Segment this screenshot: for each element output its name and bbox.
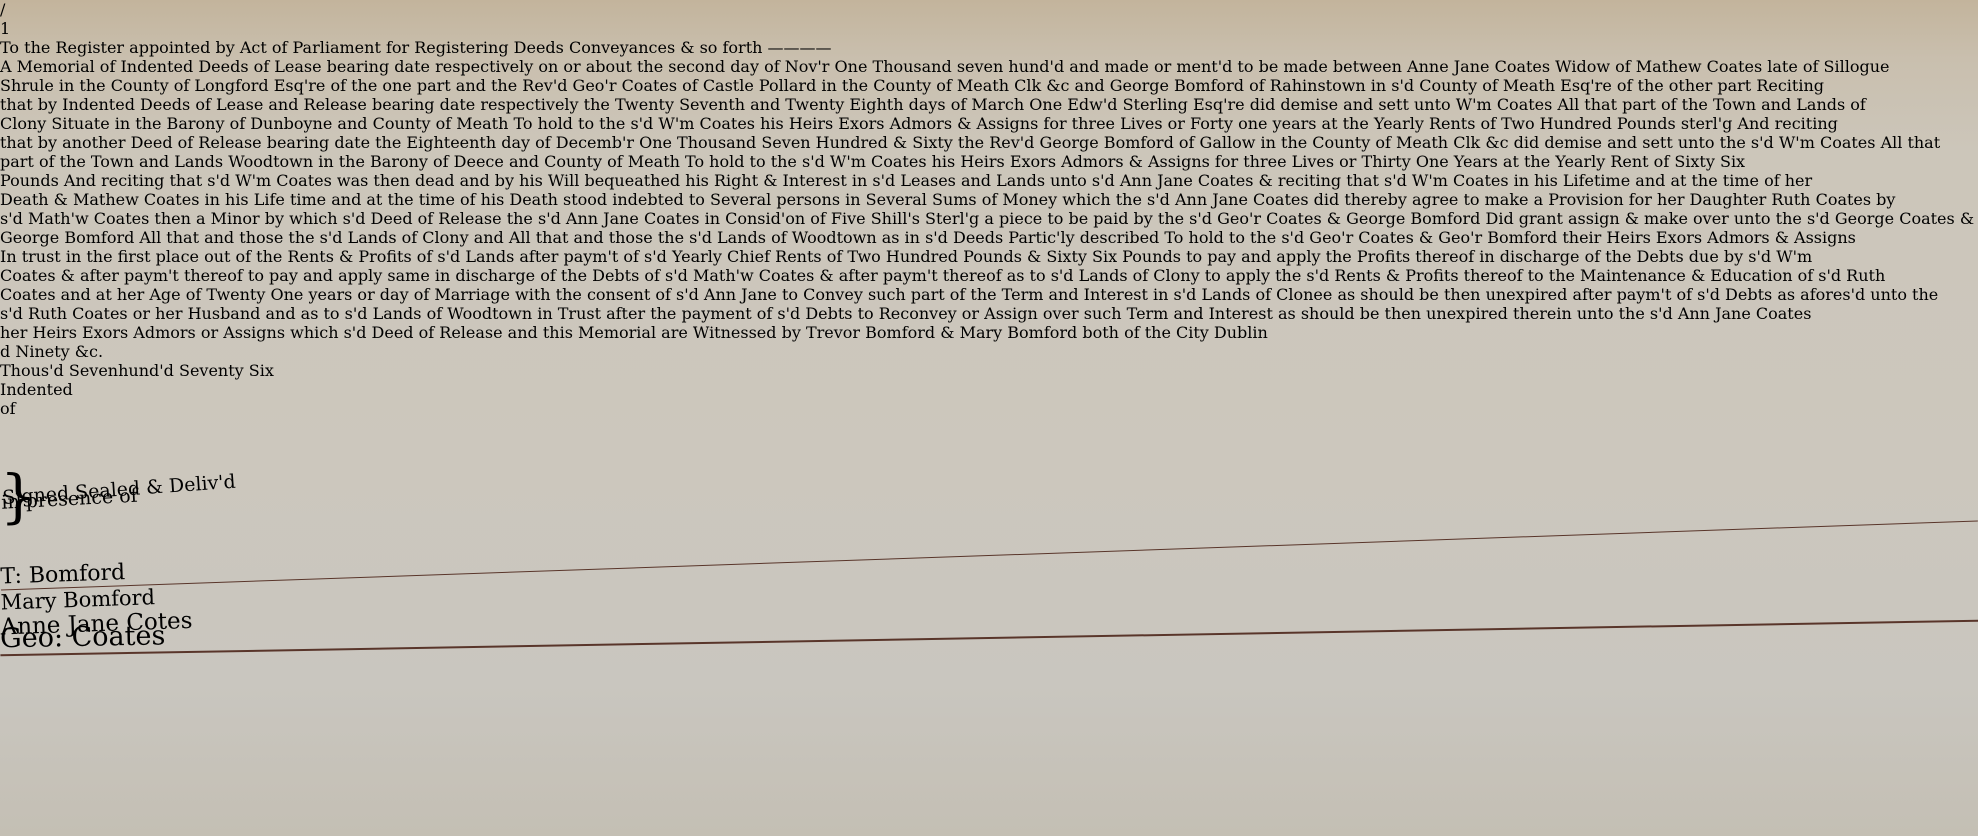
memorial-line-12: Coates & after paym't thereof to pay and…	[0, 266, 1978, 285]
memorial-line-3: that by Indented Deeds of Lease and Rele…	[0, 95, 1978, 114]
stamp-texture	[3, 0, 135, 2]
memorial-line-1: A Memorial of Indented Deeds of Lease be…	[0, 57, 1978, 76]
memorial-line-5: that by another Deed of Release bearing …	[0, 133, 1978, 152]
memorial-line-9: s'd Math'w Coates then a Minor by which …	[0, 209, 1978, 228]
memorial-line-8: Death & Mathew Coates in his Life time a…	[0, 190, 1978, 209]
margin-mark-slash: /	[0, 0, 1978, 19]
blue-ink-stamp-lower-icon	[0, 204, 132, 348]
parchment-document: / 1 To the Register appointed by Act of …	[0, 0, 1978, 836]
memorial-line-14: s'd Ruth Coates or her Husband and as to…	[0, 304, 1978, 323]
margin-mark-number: 1	[0, 19, 1978, 38]
memorial-line-13: Coates and at her Age of Twenty One year…	[0, 285, 1978, 304]
registry-heading: To the Register appointed by Act of Parl…	[0, 38, 1978, 57]
memorial-line-2: Shrule in the County of Longford Esq're …	[0, 76, 1978, 95]
memorial-line-10: George Bomford All that and those the s'…	[0, 228, 1978, 247]
memorial-line-15: her Heirs Exors Admors or Assigns which …	[0, 323, 1978, 342]
memorial-line-4: Clony Situate in the Barony of Dunboyne …	[0, 114, 1978, 133]
memorial-line-11: In trust in the first place out of the R…	[0, 247, 1978, 266]
interlinear-insertion-ninety: d Ninety &c.	[0, 342, 1978, 361]
photograph-of-deed: / 1 To the Register appointed by Act of …	[0, 0, 1978, 836]
blue-ink-stamp-upper-icon	[0, 0, 135, 208]
memorial-line-6: part of the Town and Lands Woodtown in t…	[0, 152, 1978, 171]
memorial-line-7: Pounds And reciting that s'd W'm Coates …	[0, 171, 1978, 190]
